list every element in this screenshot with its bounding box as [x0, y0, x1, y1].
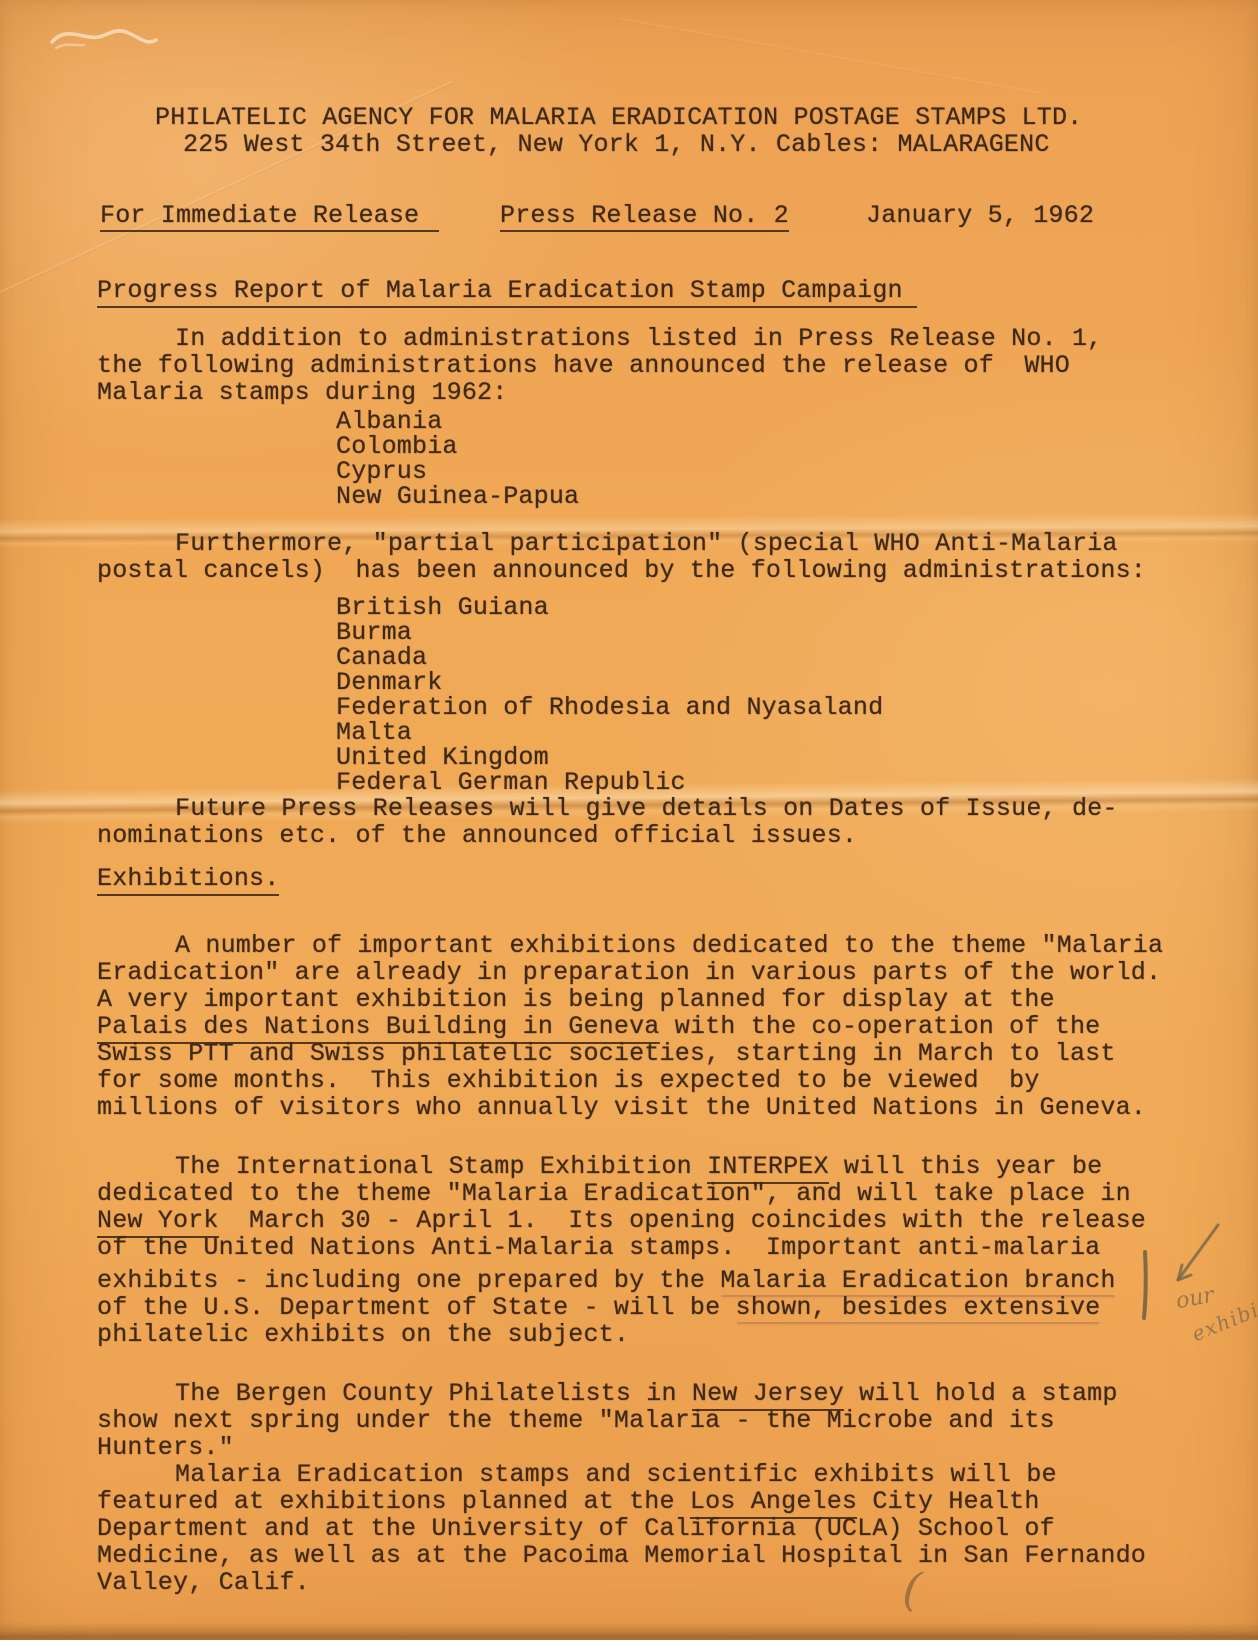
text-line: Furthermore, "partial participation" (sp… — [97, 530, 1168, 557]
text-line: British Guiana — [97, 595, 1168, 620]
text-segment: postal cancels) has been announced by th… — [97, 556, 1146, 585]
text-segment: The Bergen County Philatelists in — [175, 1379, 692, 1408]
text-line: Canada — [97, 645, 1168, 670]
text-line: United Kingdom — [97, 745, 1168, 770]
text-segment: Department and at the University of Cali… — [97, 1514, 1055, 1543]
text-line: The International Stamp Exhibition INTER… — [97, 1153, 1168, 1180]
text-segment: Medicine, as well as at the Pacoima Memo… — [97, 1541, 1146, 1570]
text-line: show next spring under the theme "Malari… — [97, 1407, 1168, 1434]
text-segment: Federation of Rhodesia and Nyasaland — [336, 693, 883, 722]
paragraph-announced-administrations: In addition to administrations listed in… — [97, 325, 1168, 406]
letterhead-name: PHILATELIC AGENCY FOR MALARIA ERADICATIO… — [155, 104, 1168, 131]
exhibitions-heading-text: Exhibitions. — [97, 864, 279, 896]
text-line: of the United Nations Anti-Malaria stamp… — [97, 1234, 1168, 1261]
text-segment: Eradication" are already in preparation … — [97, 958, 1161, 987]
exhibitions-heading: Exhibitions. — [97, 865, 1168, 892]
paragraph-future-releases: Future Press Releases will give details … — [97, 795, 1168, 849]
text-segment: Malaria stamps during 1962: — [97, 378, 507, 407]
text-segment: exhibits - including one prepared by the — [97, 1266, 720, 1295]
text-line: for some months. This exhibition is expe… — [97, 1067, 1168, 1094]
press-release-document: PHILATELIC AGENCY FOR MALARIA ERADICATIO… — [0, 0, 1258, 1640]
text-segment: for some months. This exhibition is expe… — [97, 1066, 1040, 1095]
paragraph-partial-participation: Furthermore, "partial participation" (sp… — [97, 530, 1168, 584]
text-segment: Valley, Calif. — [97, 1568, 310, 1597]
text-line: Burma — [97, 620, 1168, 645]
letterhead-address: 225 West 34th Street, New York 1, N.Y. C… — [183, 131, 1168, 158]
text-line: nominations etc. of the announced offici… — [97, 822, 1168, 849]
text-line: New Guinea-Papua — [97, 484, 1168, 509]
text-line: featured at exhibitions planned at the L… — [97, 1488, 1168, 1515]
text-line: of the U.S. Department of State - will b… — [97, 1294, 1168, 1321]
text-segment: March 30 - April 1. Its opening coincide… — [219, 1206, 1146, 1235]
release-status: For Immediate Release — [100, 202, 439, 232]
text-segment: millions of visitors who annually visit … — [97, 1093, 1146, 1122]
release-info-row: For Immediate Release Press Release No. … — [97, 202, 1168, 229]
text-segment: nominations etc. of the announced offici… — [97, 821, 857, 850]
text-segment: dedicated to the theme "Malaria Eradicat… — [97, 1179, 1131, 1208]
text-line: In addition to administrations listed in… — [97, 325, 1168, 352]
text-segment: A very important exhibition is being pla… — [97, 985, 1055, 1014]
text-line: Cyprus — [97, 459, 1168, 484]
text-segment: will this year be — [829, 1152, 1103, 1181]
text-line: Palais des Nations Building in Geneva wi… — [97, 1013, 1168, 1040]
text-segment: New Guinea-Papua — [336, 482, 579, 511]
text-segment: of the United Nations Anti-Malaria stamp… — [97, 1233, 1100, 1262]
country-list-full-participation: AlbaniaColombiaCyprusNew Guinea-Papua — [97, 409, 1168, 509]
text-segment: Malaria Eradication branch — [720, 1266, 1115, 1295]
text-line: Malta — [97, 720, 1168, 745]
text-line: Colombia — [97, 434, 1168, 459]
text-segment: featured at exhibitions planned at the — [97, 1487, 690, 1516]
text-line: exhibits - including one prepared by the… — [97, 1267, 1168, 1294]
text-line: Department and at the University of Cali… — [97, 1515, 1168, 1542]
text-line: millions of visitors who annually visit … — [97, 1094, 1168, 1121]
country-list-partial-participation: British GuianaBurmaCanadaDenmarkFederati… — [97, 595, 1168, 795]
text-segment: shown, besides extensive — [736, 1293, 1101, 1322]
paper-bottom-edge — [0, 1622, 1258, 1640]
text-segment: A number of important exhibitions dedica… — [175, 931, 1163, 960]
text-line: The Bergen County Philatelists in New Je… — [97, 1380, 1168, 1407]
paragraph-interpex-exhibition: The International Stamp Exhibition INTER… — [97, 1153, 1168, 1348]
text-segment: philatelic exhibits on the subject. — [97, 1320, 629, 1349]
text-segment: Future Press Releases will give details … — [175, 794, 1118, 823]
text-segment: show next spring under the theme "Malari… — [97, 1406, 1055, 1435]
text-line: Federation of Rhodesia and Nyasaland — [97, 695, 1168, 720]
text-line: philatelic exhibits on the subject. — [97, 1321, 1168, 1348]
text-line: A very important exhibition is being pla… — [97, 986, 1168, 1013]
text-segment: Federal German Republic — [336, 768, 686, 797]
text-segment: City Health — [857, 1487, 1039, 1516]
text-line: A number of important exhibitions dedica… — [97, 932, 1168, 959]
text-line: dedicated to the theme "Malaria Eradicat… — [97, 1180, 1168, 1207]
text-line: Malaria Eradication stamps and scientifi… — [97, 1461, 1168, 1488]
text-line: Malaria stamps during 1962: — [97, 379, 1168, 406]
text-segment: The International Stamp Exhibition — [175, 1152, 707, 1181]
paragraph-geneva-exhibition: A number of important exhibitions dedica… — [97, 932, 1168, 1121]
text-segment: Hunters." — [97, 1433, 234, 1462]
text-segment: of the U.S. Department of State - will b… — [97, 1293, 736, 1322]
document-content: PHILATELIC AGENCY FOR MALARIA ERADICATIO… — [0, 0, 1258, 1596]
paragraph-bergen-county: The Bergen County Philatelists in New Je… — [97, 1380, 1168, 1461]
text-line: Eradication" are already in preparation … — [97, 959, 1168, 986]
text-line: Federal German Republic — [97, 770, 1168, 795]
text-segment: Malaria Eradication stamps and scientifi… — [175, 1460, 1057, 1489]
text-line: Valley, Calif. — [97, 1569, 1168, 1596]
text-segment: Furthermore, "partial participation" (sp… — [175, 529, 1118, 558]
document-title-text: Progress Report of Malaria Eradication S… — [97, 276, 917, 308]
text-line: Denmark — [97, 670, 1168, 695]
text-line: postal cancels) has been announced by th… — [97, 557, 1168, 584]
text-line: Future Press Releases will give details … — [97, 795, 1168, 822]
text-segment: will hold a stamp — [844, 1379, 1118, 1408]
text-line: Medicine, as well as at the Pacoima Memo… — [97, 1542, 1168, 1569]
scanned-press-release: PHILATELIC AGENCY FOR MALARIA ERADICATIO… — [0, 0, 1258, 1651]
text-line: New York March 30 - April 1. Its opening… — [97, 1207, 1168, 1234]
document-title: Progress Report of Malaria Eradication S… — [97, 277, 1168, 304]
text-line: Swiss PTT and Swiss philatelic societies… — [97, 1040, 1168, 1067]
text-segment: In addition to administrations listed in… — [175, 324, 1102, 353]
text-line: the following administrations have annou… — [97, 352, 1168, 379]
text-line: Albania — [97, 409, 1168, 434]
text-segment: with the co-operation of the — [660, 1012, 1101, 1041]
text-segment: Swiss PTT and Swiss philatelic societies… — [97, 1039, 1116, 1068]
release-number: Press Release No. 2 — [500, 202, 789, 232]
text-segment: the following administrations have annou… — [97, 351, 1070, 380]
release-date: January 5, 1962 — [866, 202, 1094, 229]
paragraph-los-angeles-exhibits: Malaria Eradication stamps and scientifi… — [97, 1461, 1168, 1596]
text-line: Hunters." — [97, 1434, 1168, 1461]
